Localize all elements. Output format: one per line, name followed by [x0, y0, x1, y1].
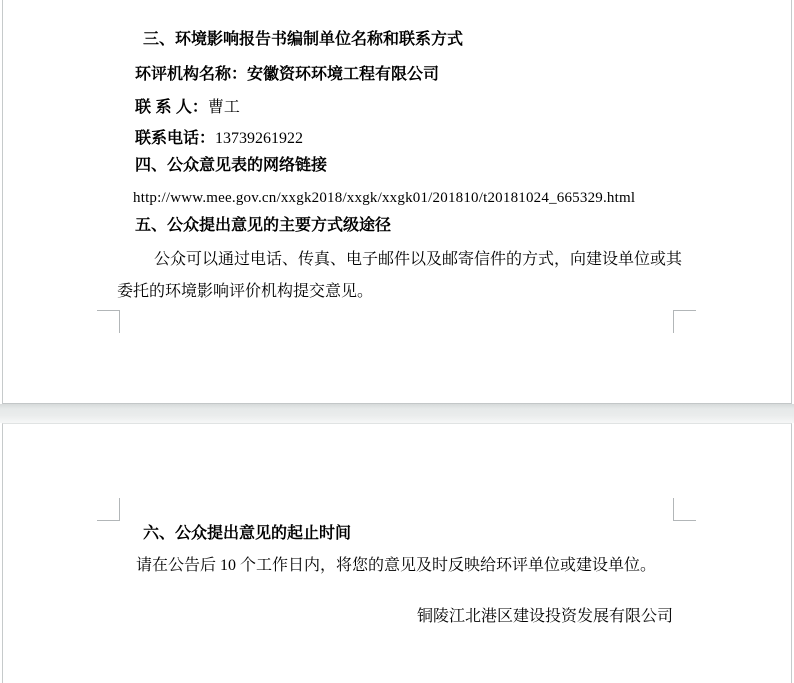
agency-name: 安徽资环环境工程有限公司	[247, 66, 439, 83]
signature-company: 铜陵江北港区建设投资发展有限公司	[417, 608, 673, 625]
text-boundary-mark-page1-bottom-left	[97, 310, 120, 333]
contact-person-line: 联 系 人：曹工	[135, 99, 240, 117]
section-heading-5: 五、公众提出意见的主要方式级途径	[135, 217, 391, 234]
agency-name-line: 环评机构名称：安徽资环环境工程有限公司	[135, 66, 439, 84]
contact-label: 联 系 人：	[135, 99, 208, 116]
text-boundary-mark-page2-top-right	[673, 498, 696, 521]
text-boundary-mark-page2-top-left	[97, 498, 120, 521]
page-gap-separator	[0, 404, 794, 423]
form-link-url[interactable]: http://www.mee.gov.cn/xxgk2018/xxgk/xxgk…	[133, 190, 635, 207]
section-heading-3: 三、环境影响报告书编制单位名称和联系方式	[143, 31, 463, 48]
section-heading-4: 四、公众意见表的网络链接	[135, 157, 327, 174]
deadline-paragraph: 请在公告后 10 个工作日内，将您的意见及时反映给环评单位或建设单位。	[136, 557, 656, 574]
phone-line: 联系电话：13739261922	[135, 130, 303, 148]
paragraph-line-1: 公众可以通过电话、传真、电子邮件以及邮寄信件的方式，向建设单位或其	[154, 251, 682, 268]
agency-label: 环评机构名称：	[135, 66, 247, 83]
section-heading-6: 六、公众提出意见的起止时间	[143, 525, 351, 542]
phone-label: 联系电话：	[135, 130, 215, 147]
document-page-2	[2, 423, 792, 683]
contact-name: 曹工	[208, 99, 240, 116]
text-boundary-mark-page1-bottom-right	[673, 310, 696, 333]
phone-number: 13739261922	[215, 130, 303, 147]
document-view: 三、环境影响报告书编制单位名称和联系方式 环评机构名称：安徽资环环境工程有限公司…	[0, 0, 794, 683]
paragraph-line-2: 委托的环境影响评价机构提交意见。	[117, 283, 373, 300]
